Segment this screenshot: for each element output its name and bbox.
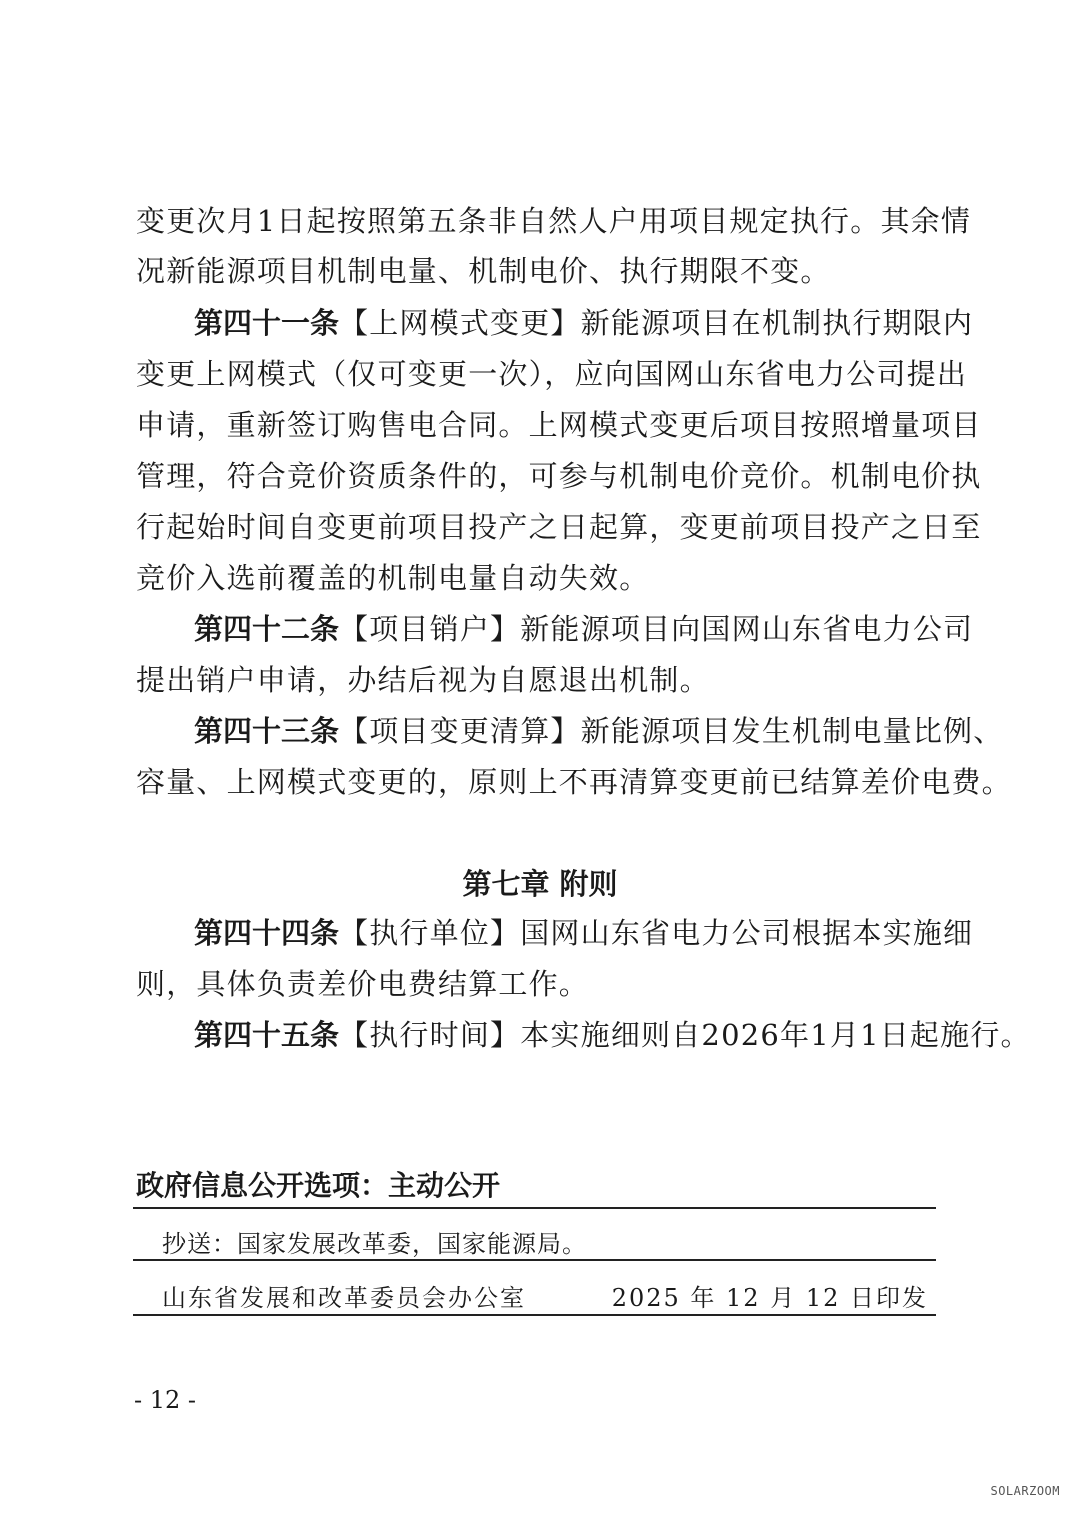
issuing-office: 山东省发展和改革委员会办公室 [162,1278,526,1313]
article-44-line: 则，具体负责差价电费结算工作。 [136,964,936,1004]
issue-date: 2025 年 12 月 12 日印发 [612,1278,928,1313]
article-label: 第四十四条 [194,916,339,950]
article-title: 【项目销户】 [339,612,520,646]
article-41-line: 变更上网模式（仅可变更一次），应向国网山东省电力公司提出 [136,354,936,394]
divider [133,1259,936,1261]
article-text: 新能源项目在机制执行期限内 [581,306,974,340]
article-42-line: 提出销户申请，办结后视为自愿退出机制。 [136,660,936,700]
divider [133,1314,936,1316]
cc-recipients: 抄送：国家发展改革委，国家能源局。 [162,1224,587,1259]
watermark: SOLARZOOM [990,1484,1060,1498]
article-42-first-line: 第四十二条【项目销户】新能源项目向国网山东省电力公司 [194,609,936,649]
article-text: 本实施细则自2026年1月1日起施行。 [520,1018,1031,1052]
article-41-first-line: 第四十一条【上网模式变更】新能源项目在机制执行期限内 [194,303,936,343]
article-44-first-line: 第四十四条【执行单位】国网山东省电力公司根据本实施细 [194,913,936,953]
disclosure-option: 政府信息公开选项：主动公开 [136,1164,500,1204]
article-label: 第四十三条 [194,714,339,748]
article-41-line: 管理，符合竞价资质条件的，可参与机制电价竞价。机制电价执 [136,456,936,496]
article-text: 新能源项目向国网山东省电力公司 [520,612,973,646]
article-title: 【执行时间】 [339,1018,520,1052]
article-41-line: 竞价入选前覆盖的机制电量自动失效。 [136,558,936,598]
article-title: 【上网模式变更】 [339,306,581,340]
article-41-line: 行起始时间自变更前项目投产之日起算，变更前项目投产之日至 [136,507,936,547]
document-page: 变更次月1日起按照第五条非自然人户用项目规定执行。其余情 况新能源项目机制电量、… [0,0,1080,1528]
article-text: 国网山东省电力公司根据本实施细 [520,916,973,950]
body-line: 变更次月1日起按照第五条非自然人户用项目规定执行。其余情 [136,201,936,241]
article-title: 【执行单位】 [339,916,520,950]
article-label: 第四十五条 [194,1018,339,1052]
page-number: - 12 - [134,1386,196,1414]
body-line: 况新能源项目机制电量、机制电价、执行期限不变。 [136,251,936,291]
article-label: 第四十一条 [194,306,339,340]
article-41-line: 申请，重新签订购售电合同。上网模式变更后项目按照增量项目 [136,405,936,445]
article-text: 新能源项目发生机制电量比例、 [581,714,1004,748]
chapter-heading: 第七章 附则 [0,862,1080,903]
article-label: 第四十二条 [194,612,339,646]
article-title: 【项目变更清算】 [339,714,581,748]
divider [133,1207,936,1209]
article-43-first-line: 第四十三条【项目变更清算】新能源项目发生机制电量比例、 [194,711,936,751]
article-43-line: 容量、上网模式变更的，原则上不再清算变更前已结算差价电费。 [136,762,936,802]
article-45-first-line: 第四十五条【执行时间】本实施细则自2026年1月1日起施行。 [194,1015,936,1055]
